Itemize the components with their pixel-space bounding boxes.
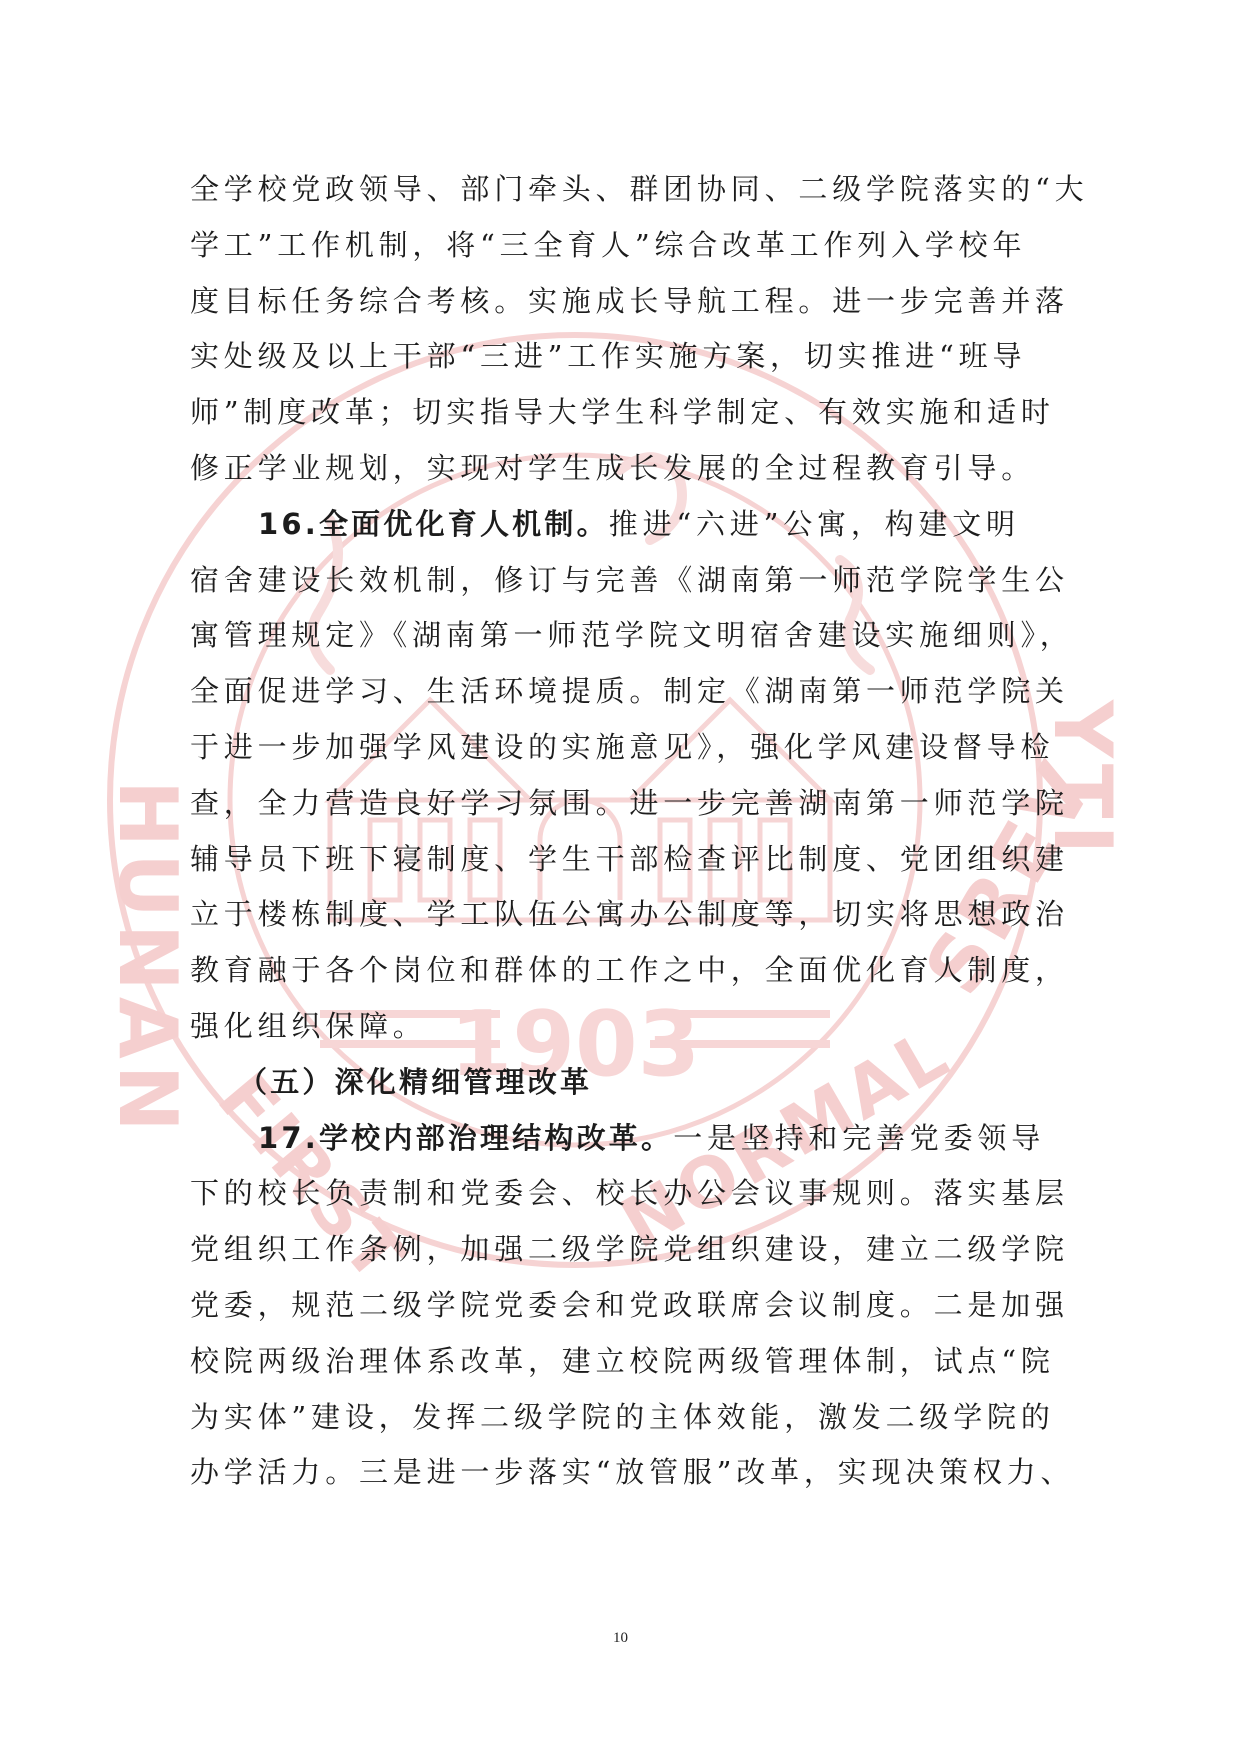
paragraph-first-line: 16.全面优化育人机制。推进“六进”公寓，构建文明 bbox=[190, 497, 1050, 553]
text-line: 于进一步加强学风建设的实施意见》，强化学风建设督导检 bbox=[190, 720, 1050, 776]
item-heading-17: 17.学校内部治理结构改革。 bbox=[258, 1121, 673, 1155]
paragraph-17: 17.学校内部治理结构改革。一是坚持和完善党委领导 下的校长负责制和党委会、校长… bbox=[190, 1111, 1050, 1502]
text-line: 教育融于各个岗位和群体的工作之中，全面优化育人制度， bbox=[190, 943, 1050, 999]
text-line: 校院两级治理体系改革，建立校院两级管理体制，试点“院 bbox=[190, 1334, 1050, 1390]
text-line: 党组织工作条例，加强二级学院党组织建设，建立二级学院 bbox=[190, 1222, 1050, 1278]
page-number: 10 bbox=[0, 1630, 1241, 1647]
text-line: 辅导员下班下寝制度、学生干部检查评比制度、党团组织建 bbox=[190, 832, 1050, 888]
paragraph-16: 16.全面优化育人机制。推进“六进”公寓，构建文明 宿舍建设长效机制，修订与完善… bbox=[190, 497, 1050, 1055]
item-heading-16: 16.全面优化育人机制。 bbox=[258, 507, 609, 541]
text-span: 一是坚持和完善党委领导 bbox=[673, 1121, 1045, 1155]
text-span: 推进“六进”公寓，构建文明 bbox=[609, 507, 1020, 541]
text-line: 学工”工作机制，将“三全育人”综合改革工作列入学校年 bbox=[190, 218, 1050, 274]
text-line: 党委，规范二级学院党委会和党政联席会议制度。二是加强 bbox=[190, 1278, 1050, 1334]
text-line: 全学校党政领导、部门牵头、群团协同、二级学院落实的“大 bbox=[190, 162, 1050, 218]
text-line: 寓管理规定》《湖南第一师范学院文明宿舍建设实施细则》， bbox=[190, 608, 1050, 664]
text-line: 查，全力营造良好学习氛围。进一步完善湖南第一师范学院 bbox=[190, 776, 1050, 832]
paragraph-first-line: 17.学校内部治理结构改革。一是坚持和完善党委领导 bbox=[190, 1111, 1050, 1167]
section-heading-5: （五）深化精细管理改革 bbox=[190, 1055, 1050, 1111]
text-line: 强化组织保障。 bbox=[190, 999, 1050, 1055]
text-line: 实处级及以上干部“三进”工作实施方案，切实推进“班导 bbox=[190, 329, 1050, 385]
text-line: 办学活力。三是进一步落实“放管服”改革，实现决策权力、 bbox=[190, 1445, 1050, 1501]
text-line: 宿舍建设长效机制，修订与完善《湖南第一师范学院学生公 bbox=[190, 553, 1050, 609]
text-line: 度目标任务综合考核。实施成长导航工程。进一步完善并落 bbox=[190, 274, 1050, 330]
text-line: 师”制度改革；切实指导大学生科学制定、有效实施和适时 bbox=[190, 385, 1050, 441]
text-line: 全面促进学习、生活环境提质。制定《湖南第一师范学院关 bbox=[190, 664, 1050, 720]
text-line: 立于楼栋制度、学工队伍公寓办公制度等，切实将思想政治 bbox=[190, 887, 1050, 943]
text-line: 为实体”建设，发挥二级学院的主体效能，激发二级学院的 bbox=[190, 1390, 1050, 1446]
paragraph-p1: 全学校党政领导、部门牵头、群团协同、二级学院落实的“大 学工”工作机制，将“三全… bbox=[190, 162, 1050, 497]
document-body: 全学校党政领导、部门牵头、群团协同、二级学院落实的“大 学工”工作机制，将“三全… bbox=[190, 162, 1050, 1501]
svg-text:HUNAN: HUNAN bbox=[101, 780, 194, 1138]
text-line: 下的校长负责制和党委会、校长办公会议事规则。落实基层 bbox=[190, 1166, 1050, 1222]
text-line: 修正学业规划，实现对学生成长发展的全过程教育引导。 bbox=[190, 441, 1050, 497]
